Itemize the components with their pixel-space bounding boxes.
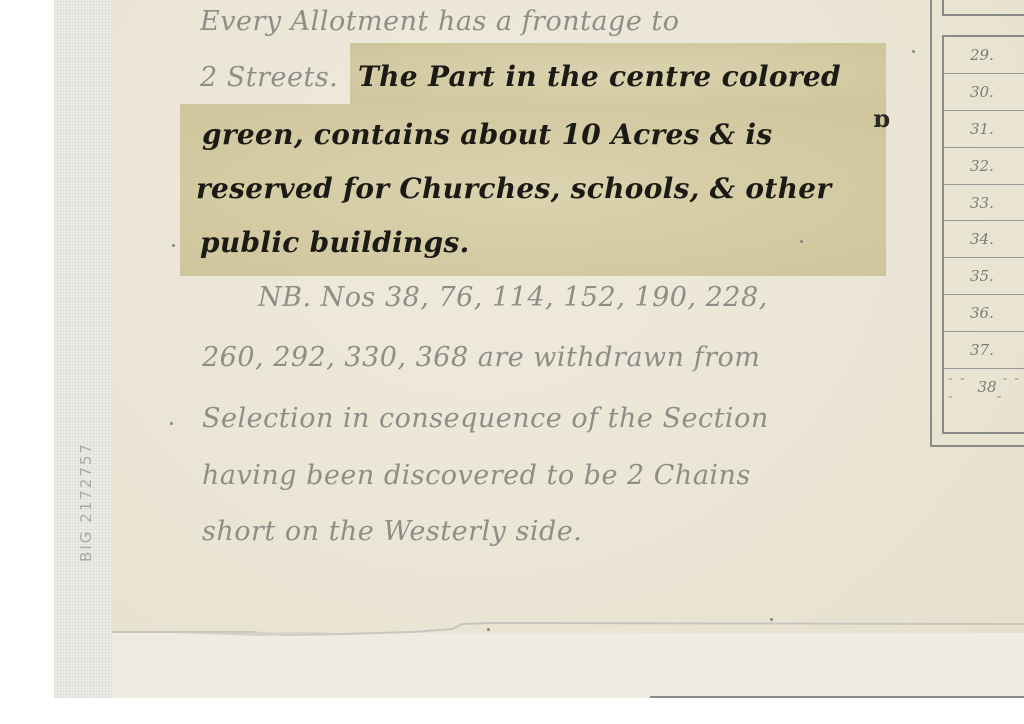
lot-number-table: 29. 30. 31. 32. 33. 34. 35. 36. 37. - - … bbox=[942, 35, 1024, 434]
table-row: 30. bbox=[944, 74, 1024, 111]
paper-tear-edge bbox=[112, 620, 1024, 640]
lot-table-top-cell bbox=[942, 0, 1024, 16]
paper-speck bbox=[170, 422, 173, 425]
lot-number: 35. bbox=[970, 267, 994, 285]
highlighted-text-line: green, contains about 10 Acres & is bbox=[202, 118, 772, 151]
lot-number: 38 bbox=[977, 378, 996, 396]
highlighted-text-line: public buildings. bbox=[200, 226, 470, 259]
highlighted-text-line: The Part in the centre colored bbox=[358, 60, 841, 93]
note-text-line: having been discovered to be 2 Chains bbox=[202, 460, 751, 491]
bottom-rule-line bbox=[650, 696, 1024, 698]
lot-number: 31. bbox=[970, 120, 994, 138]
table-row: 32. bbox=[944, 148, 1024, 185]
note-text-line: short on the Westerly side. bbox=[202, 516, 582, 547]
lot-number: 36. bbox=[970, 304, 994, 322]
note-text-line: 260, 292, 330, 368 are withdrawn from bbox=[202, 342, 760, 373]
table-row: 34. bbox=[944, 221, 1024, 258]
cloth-binding-strip bbox=[54, 0, 112, 698]
lot-number: 33. bbox=[970, 194, 994, 212]
paper-speck bbox=[800, 240, 803, 243]
lot-number: 32. bbox=[970, 157, 994, 175]
note-text-line: NB. Nos 38, 76, 114, 152, 190, 228, bbox=[258, 282, 768, 313]
text-line: Every Allotment has a frontage to bbox=[200, 6, 680, 37]
table-row: 36. bbox=[944, 295, 1024, 332]
table-row: 31. bbox=[944, 111, 1024, 148]
lot-number: 37. bbox=[970, 341, 994, 359]
paper-speck bbox=[770, 618, 773, 621]
paper-speck bbox=[172, 244, 175, 247]
table-row: 33. bbox=[944, 185, 1024, 222]
margin-ink-mark: ɒ bbox=[873, 104, 890, 133]
paper-speck bbox=[487, 628, 490, 631]
paper-lower-fold bbox=[112, 633, 1024, 698]
note-text-line: Selection in consequence of the Section bbox=[202, 403, 769, 434]
catalog-number-label: BIG 2172757 bbox=[77, 442, 95, 562]
text-line: 2 Streets. bbox=[200, 62, 338, 93]
lot-number: 30. bbox=[970, 83, 994, 101]
paper-speck bbox=[912, 50, 915, 53]
table-row-withdrawn: - - - 38 - - - bbox=[944, 369, 1024, 406]
table-row: 35. bbox=[944, 258, 1024, 295]
table-row: 37. bbox=[944, 332, 1024, 369]
lot-number: 29. bbox=[970, 46, 994, 64]
highlighted-text-line: reserved for Churches, schools, & other bbox=[196, 172, 831, 205]
lot-number: 34. bbox=[970, 230, 994, 248]
table-row: 29. bbox=[944, 37, 1024, 74]
